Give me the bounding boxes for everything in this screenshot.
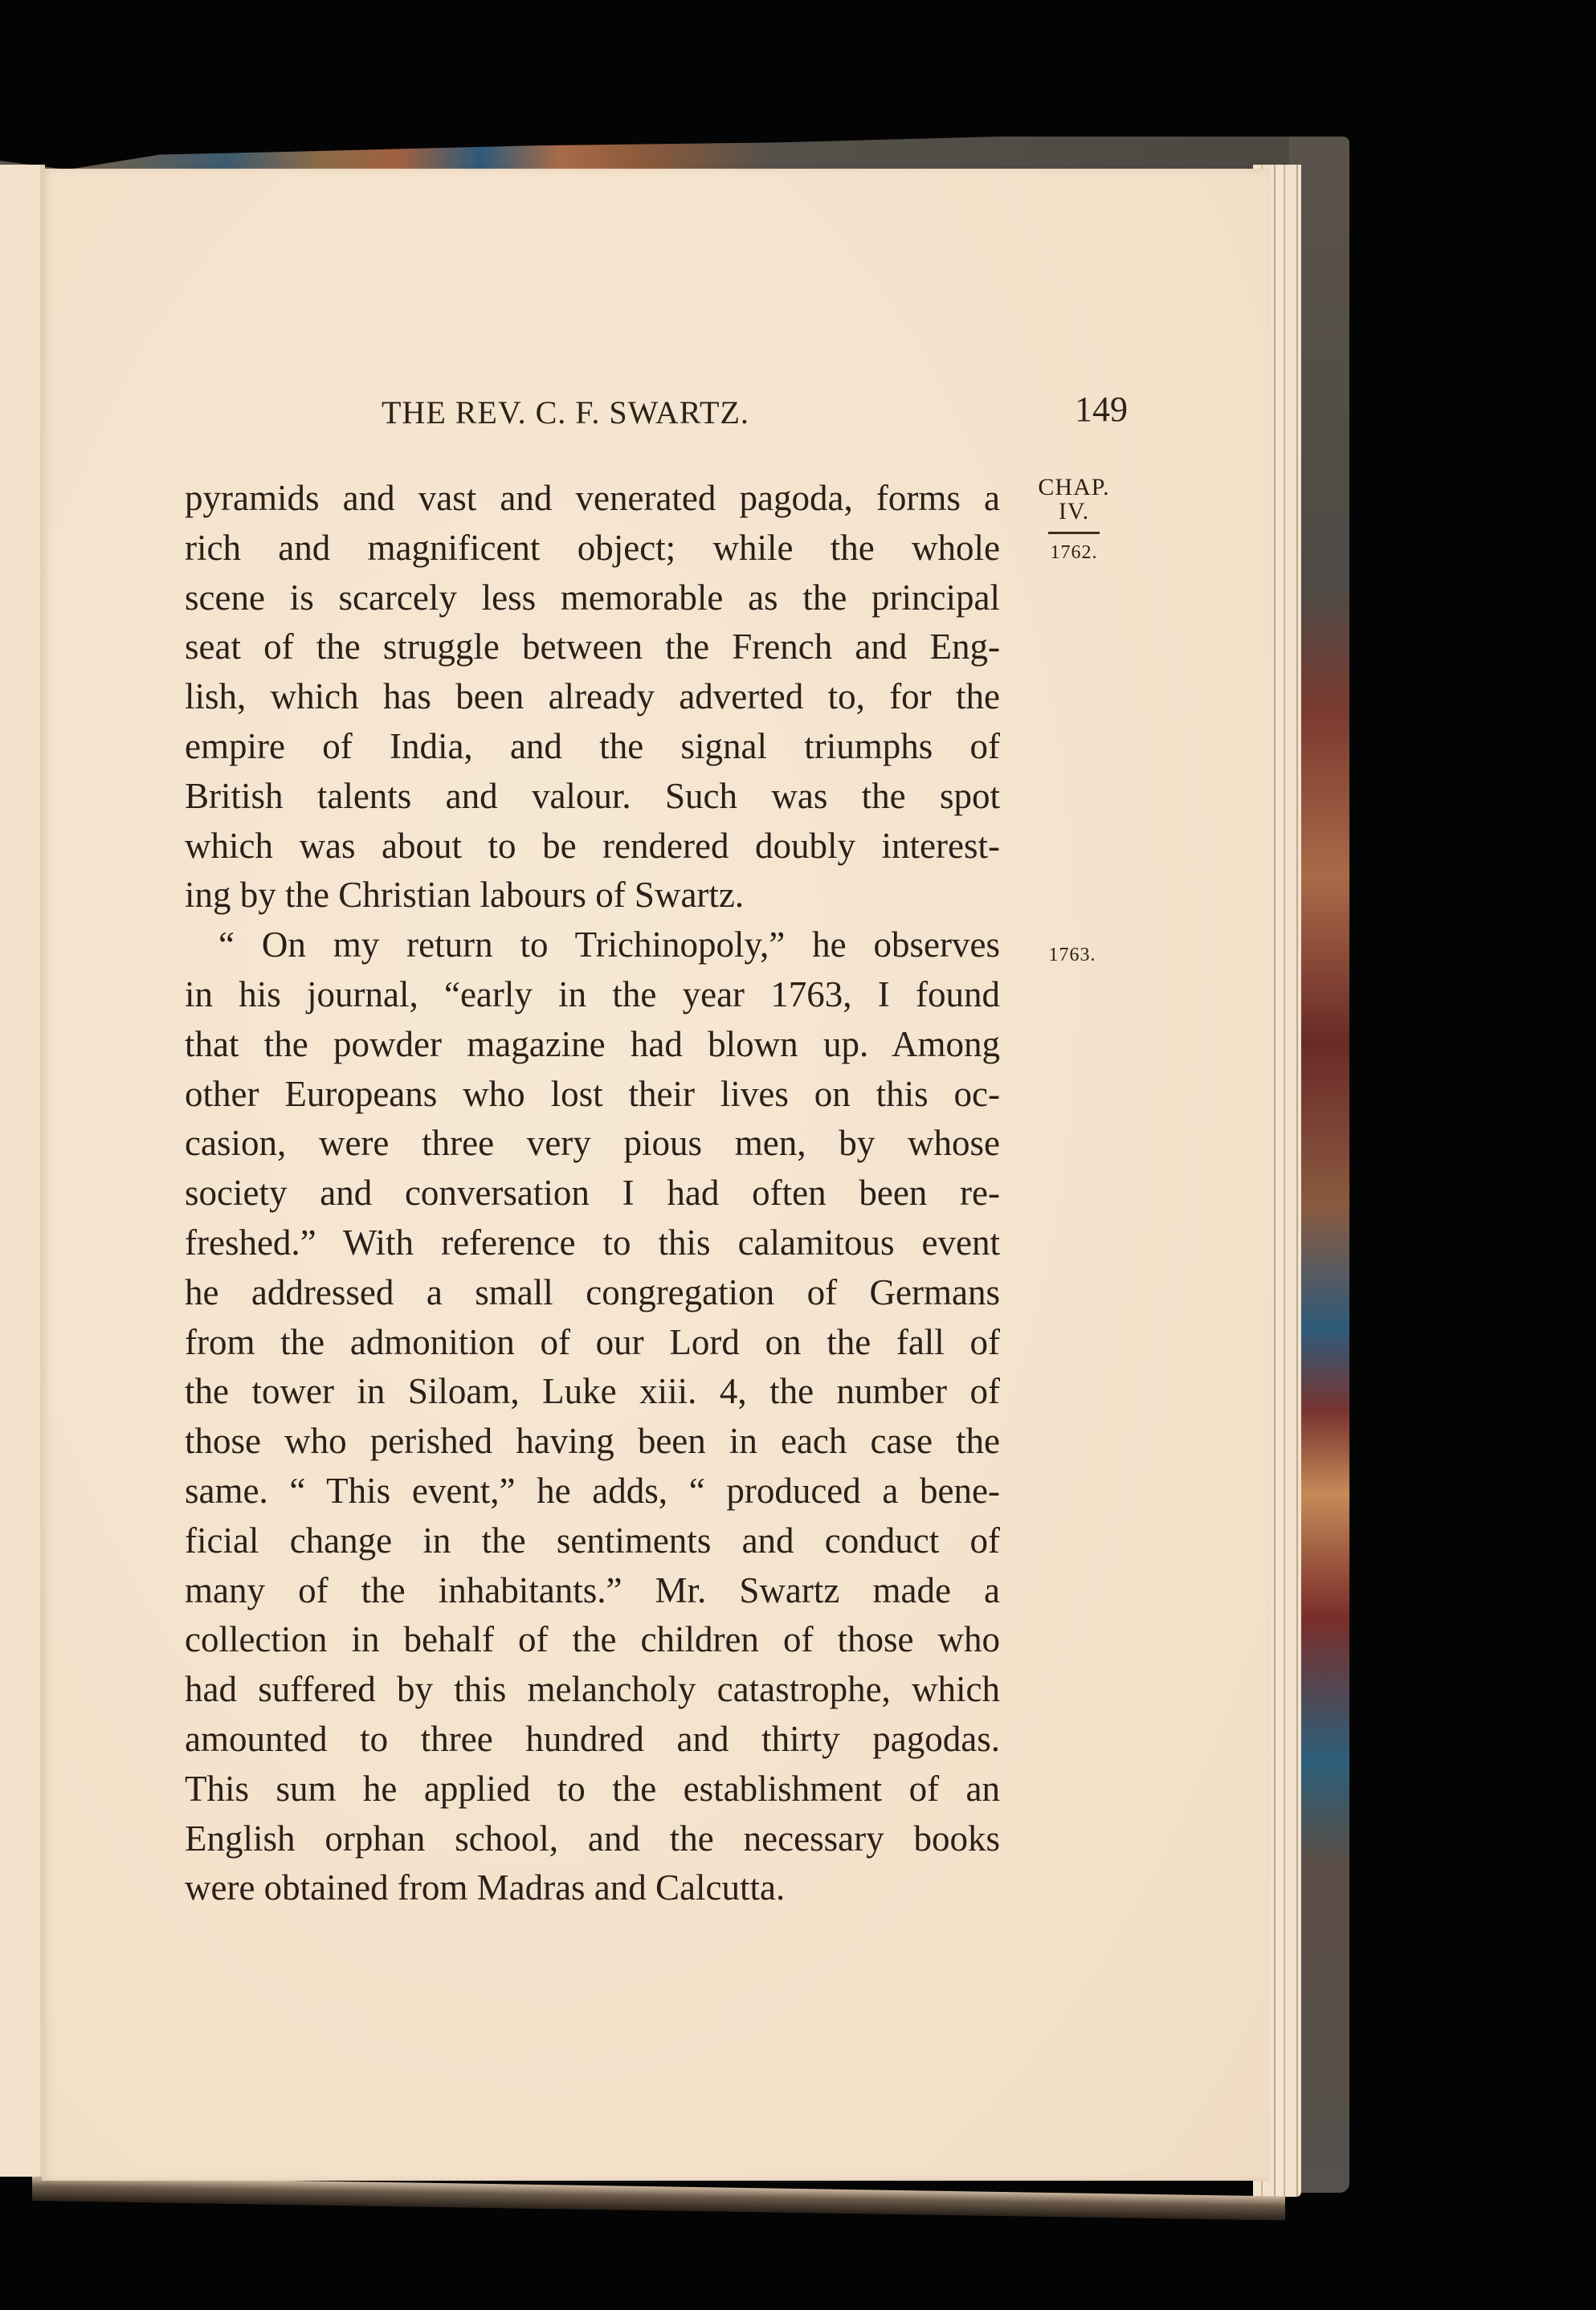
text-line: lish, which has been already adverted to… [185, 672, 1000, 722]
text-line: empire of India, and the signal triumphs… [185, 722, 1000, 772]
chapter-number: IV. [1014, 500, 1134, 524]
text-line: rich and magnificent object; while the w… [185, 524, 1000, 573]
text-line: those who perished having been in each c… [185, 1417, 1000, 1467]
text-line: had suffered by this melancholy catastro… [185, 1665, 1000, 1715]
text-line: scene is scarcely less memorable as the … [185, 573, 1000, 623]
marginal-year-1762: 1762. [1014, 541, 1134, 565]
text-line: This sum he applied to the establishment… [185, 1765, 1000, 1814]
text-line: from the admonition of our Lord on the f… [185, 1318, 1000, 1368]
text-line: English orphan school, and the necessary… [185, 1814, 1000, 1864]
text-line: the tower in Siloam, Luke xiii. 4, the n… [185, 1367, 1000, 1417]
text-line: other Europeans who lost their lives on … [185, 1070, 1000, 1120]
text-line: seat of the struggle between the French … [185, 622, 1000, 672]
text-line: freshed.” With reference to this calamit… [185, 1218, 1000, 1268]
chapter-label: CHAP. [1014, 475, 1134, 500]
text-line: he addressed a small congregation of Ger… [185, 1268, 1000, 1318]
text-line: amounted to three hundred and thirty pag… [185, 1715, 1000, 1765]
marginal-year-1763: 1763. [1036, 945, 1108, 966]
text-line: society and conversation I had often bee… [185, 1169, 1000, 1218]
body-text: pyramids and vast and venerated pagoda, … [185, 474, 1000, 1913]
text-line: were obtained from Madras and Calcutta. [185, 1863, 1000, 1913]
text-line: pyramids and vast and venerated pagoda, … [185, 474, 1000, 524]
text-line: ficial change in the sentiments and cond… [185, 1516, 1000, 1566]
facing-page-edge [0, 165, 45, 2177]
text-line: British talents and valour. Such was the… [185, 772, 1000, 822]
marginal-chapter-note: CHAP. IV. 1762. [1014, 475, 1134, 565]
text-line: many of the inhabitants.” Mr. Swartz mad… [185, 1566, 1000, 1616]
text-line: same. “ This event,” he adds, “ produced… [185, 1467, 1000, 1516]
marginal-rule [1048, 532, 1100, 534]
text-line: in his journal, “early in the year 1763,… [185, 970, 1000, 1020]
text-line: ing by the Christian labours of Swartz. [185, 871, 1000, 920]
running-head: THE REV. C. F. SWARTZ. [382, 394, 749, 431]
page-number: 149 [1075, 389, 1128, 430]
book-bottom-edge [32, 2177, 1285, 2221]
text-line: which was about to be rendered doubly in… [185, 822, 1000, 871]
text-line: “ On my return to Trichinopoly,” he obse… [185, 920, 1000, 970]
text-line: collection in behalf of the children of … [185, 1615, 1000, 1665]
text-line: that the powder magazine had blown up. A… [185, 1020, 1000, 1070]
text-line: casion, were three very pious men, by wh… [185, 1119, 1000, 1169]
